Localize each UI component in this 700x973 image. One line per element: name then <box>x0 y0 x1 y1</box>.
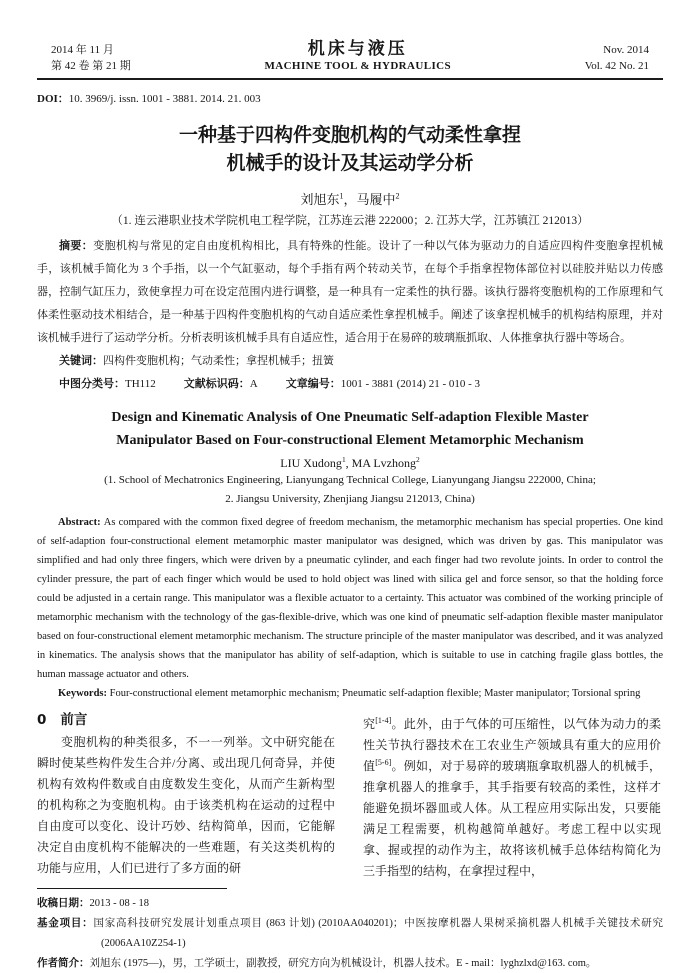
article-title-cn: 一种基于四构件变胞机构的气动柔性拿捏 机械手的设计及其运动学分析 <box>37 121 663 177</box>
abstract-cn: 摘要：变胞机构与常见的定自由度机构相比，具有特殊的性能。设计了一种以气体为驱动力… <box>37 235 663 350</box>
footnote-received-date: 收稿日期：2013 - 08 - 18 <box>37 894 663 914</box>
affiliation-en-line2: 2. Jiangsu University, Zhenjiang Jiangsu… <box>37 490 663 509</box>
affiliation-en-line1: (1. School of Mechatronics Engineering, … <box>37 471 663 490</box>
keywords-en-text: Four-constructional element metamorphic … <box>110 688 641 699</box>
right-column: 究[1-4]。此外，由于气体的可压缩性，以气体为动力的柔性关节执行器技术在工农业… <box>363 711 661 882</box>
section-heading: 0前言 <box>37 711 335 729</box>
abstract-en-label: Abstract: <box>58 517 104 528</box>
document-code-value: A <box>250 378 258 390</box>
keywords-cn-label: 关键词： <box>59 355 103 367</box>
header-issue-en: Vol. 42 No. 21 <box>585 58 649 74</box>
doi-value: 10. 3969/j. issn. 1001 - 3881. 2014. 21.… <box>69 93 261 105</box>
keywords-cn-text: 四构件变胞机构；气动柔性；拿捏机械手；扭簧 <box>103 355 334 367</box>
abstract-en: Abstract: As compared with the common fi… <box>37 513 663 684</box>
chinese-meta-block: 摘要：变胞机构与常见的定自由度机构相比，具有特殊的性能。设计了一种以气体为驱动力… <box>37 235 663 396</box>
authors-cn-separator: ， <box>343 192 356 207</box>
abstract-cn-label: 摘要： <box>59 240 93 252</box>
left-column: 0前言 变胞机构的种类很多，不一一列举。文中研究能在瞬时使某些构件发生合并/分离… <box>37 711 335 882</box>
header-date-en: Nov. 2014 <box>585 42 649 58</box>
author-cn-2: 马履中 <box>357 192 396 207</box>
footnote-bio-label: 作者简介： <box>37 958 90 969</box>
header-left-block: 2014 年 11 月 第 42 卷 第 21 期 <box>51 42 131 74</box>
author-cn-2-superscript: 2 <box>396 192 400 201</box>
section-title: 前言 <box>60 712 87 728</box>
article-number-value: 1001 - 3881 (2014) 21 - 010 - 3 <box>341 378 480 390</box>
header-date-cn: 2014 年 11 月 <box>51 42 131 58</box>
clc-label: 中图分类号： <box>59 378 125 390</box>
journal-header: 2014 年 11 月 第 42 卷 第 21 期 机床与液压 MACHINE … <box>37 40 663 74</box>
footnote-divider <box>37 888 227 889</box>
footnote-fund-text: 国家高科技研究发展计划重点项目 (863 计划) (2010AA040201)；… <box>93 918 663 949</box>
header-issue-cn: 第 42 卷 第 21 期 <box>51 58 131 74</box>
article-title-cn-line2: 机械手的设计及其运动学分析 <box>37 149 663 177</box>
keywords-cn: 关键词：四构件变胞机构；气动柔性；拿捏机械手；扭簧 <box>37 350 663 373</box>
article-number: 文章编号：1001 - 3881 (2014) 21 - 010 - 3 <box>286 378 480 390</box>
footnote-fund-project: 基金项目：国家高科技研究发展计划重点项目 (863 计划) (2010AA040… <box>37 914 663 954</box>
intro-paragraph-left: 变胞机构的种类很多，不一一列举。文中研究能在瞬时使某些构件发生合并/分离、或出现… <box>37 732 335 879</box>
header-center-block: 机床与液压 MACHINE TOOL & HYDRAULICS <box>264 40 451 74</box>
classification-line: 中图分类号：TH112文献标识码：A文章编号：1001 - 3881 (2014… <box>37 373 663 396</box>
footnote-fund-label: 基金项目： <box>37 918 93 929</box>
footnotes: 收稿日期：2013 - 08 - 18 基金项目：国家高科技研究发展计划重点项目… <box>37 894 663 973</box>
body-columns: 0前言 变胞机构的种类很多，不一一列举。文中研究能在瞬时使某些构件发生合并/分离… <box>37 711 663 882</box>
keywords-en: Keywords: Four-constructional element me… <box>37 684 663 703</box>
clc-value: TH112 <box>125 378 156 390</box>
doi-label: DOI： <box>37 93 69 105</box>
intro-right-text-3: 。例如，对于易碎的玻璃瓶拿取机器人的机械手，推拿机器人的推拿手，其手指要有较高的… <box>363 759 661 878</box>
footnote-author-bio: 作者简介：刘旭东 (1975—)，男，工学硕士，副教授，研究方向为机械设计，机器… <box>37 954 663 973</box>
doi-line: DOI：10. 3969/j. issn. 1001 - 3881. 2014.… <box>37 92 663 107</box>
affiliation-cn: （1. 连云港职业技术学院机电工程学院，江苏连云港 222000；2. 江苏大学… <box>37 213 663 229</box>
document-code: 文献标识码：A <box>184 378 258 390</box>
page: 2014 年 11 月 第 42 卷 第 21 期 机床与液压 MACHINE … <box>0 0 700 973</box>
article-number-label: 文章编号： <box>286 378 341 390</box>
author-cn-1: 刘旭东 <box>300 192 339 207</box>
article-title-en-line2: Manipulator Based on Four-constructional… <box>37 429 663 452</box>
abstract-cn-text: 变胞机构与常见的定自由度机构相比，具有特殊的性能。设计了一种以气体为驱动力的自适… <box>37 240 663 344</box>
intro-right-text-1: 究 <box>363 717 375 731</box>
section-number: 0 <box>37 712 46 728</box>
article-title-en-line1: Design and Kinematic Analysis of One Pne… <box>37 406 663 429</box>
article-title-cn-line1: 一种基于四构件变胞机构的气动柔性拿捏 <box>37 121 663 149</box>
header-rule <box>37 78 663 80</box>
author-en-2: MA Lvzhong <box>352 456 416 470</box>
journal-name-cn: 机床与液压 <box>264 40 451 59</box>
intro-paragraph-right: 究[1-4]。此外，由于气体的可压缩性，以气体为动力的柔性关节执行器技术在工农业… <box>363 714 661 882</box>
reference-superscript-2: [5-6] <box>375 758 391 767</box>
author-en-2-superscript: 2 <box>416 455 420 464</box>
header-right-block: Nov. 2014 Vol. 42 No. 21 <box>585 42 649 74</box>
keywords-en-label: Keywords: <box>58 688 110 699</box>
footnote-bio-text: 刘旭东 (1975—)，男，工学硕士，副教授，研究方向为机械设计，机器人技术。E… <box>90 958 597 969</box>
journal-name-en: MACHINE TOOL & HYDRAULICS <box>264 59 451 74</box>
abstract-en-text: As compared with the common fixed degree… <box>37 517 663 680</box>
reference-superscript-1: [1-4] <box>375 716 391 725</box>
clc-number: 中图分类号：TH112 <box>59 378 156 390</box>
footnote-received-label: 收稿日期： <box>37 898 90 909</box>
document-code-label: 文献标识码： <box>184 378 250 390</box>
authors-cn: 刘旭东1，马履中2 <box>37 191 663 208</box>
affiliation-en: (1. School of Mechatronics Engineering, … <box>37 471 663 509</box>
author-en-1: LIU Xudong <box>280 456 342 470</box>
authors-en: LIU Xudong1, MA Lvzhong2 <box>37 455 663 471</box>
article-title-en: Design and Kinematic Analysis of One Pne… <box>37 406 663 452</box>
footnote-received-text: 2013 - 08 - 18 <box>90 898 150 909</box>
